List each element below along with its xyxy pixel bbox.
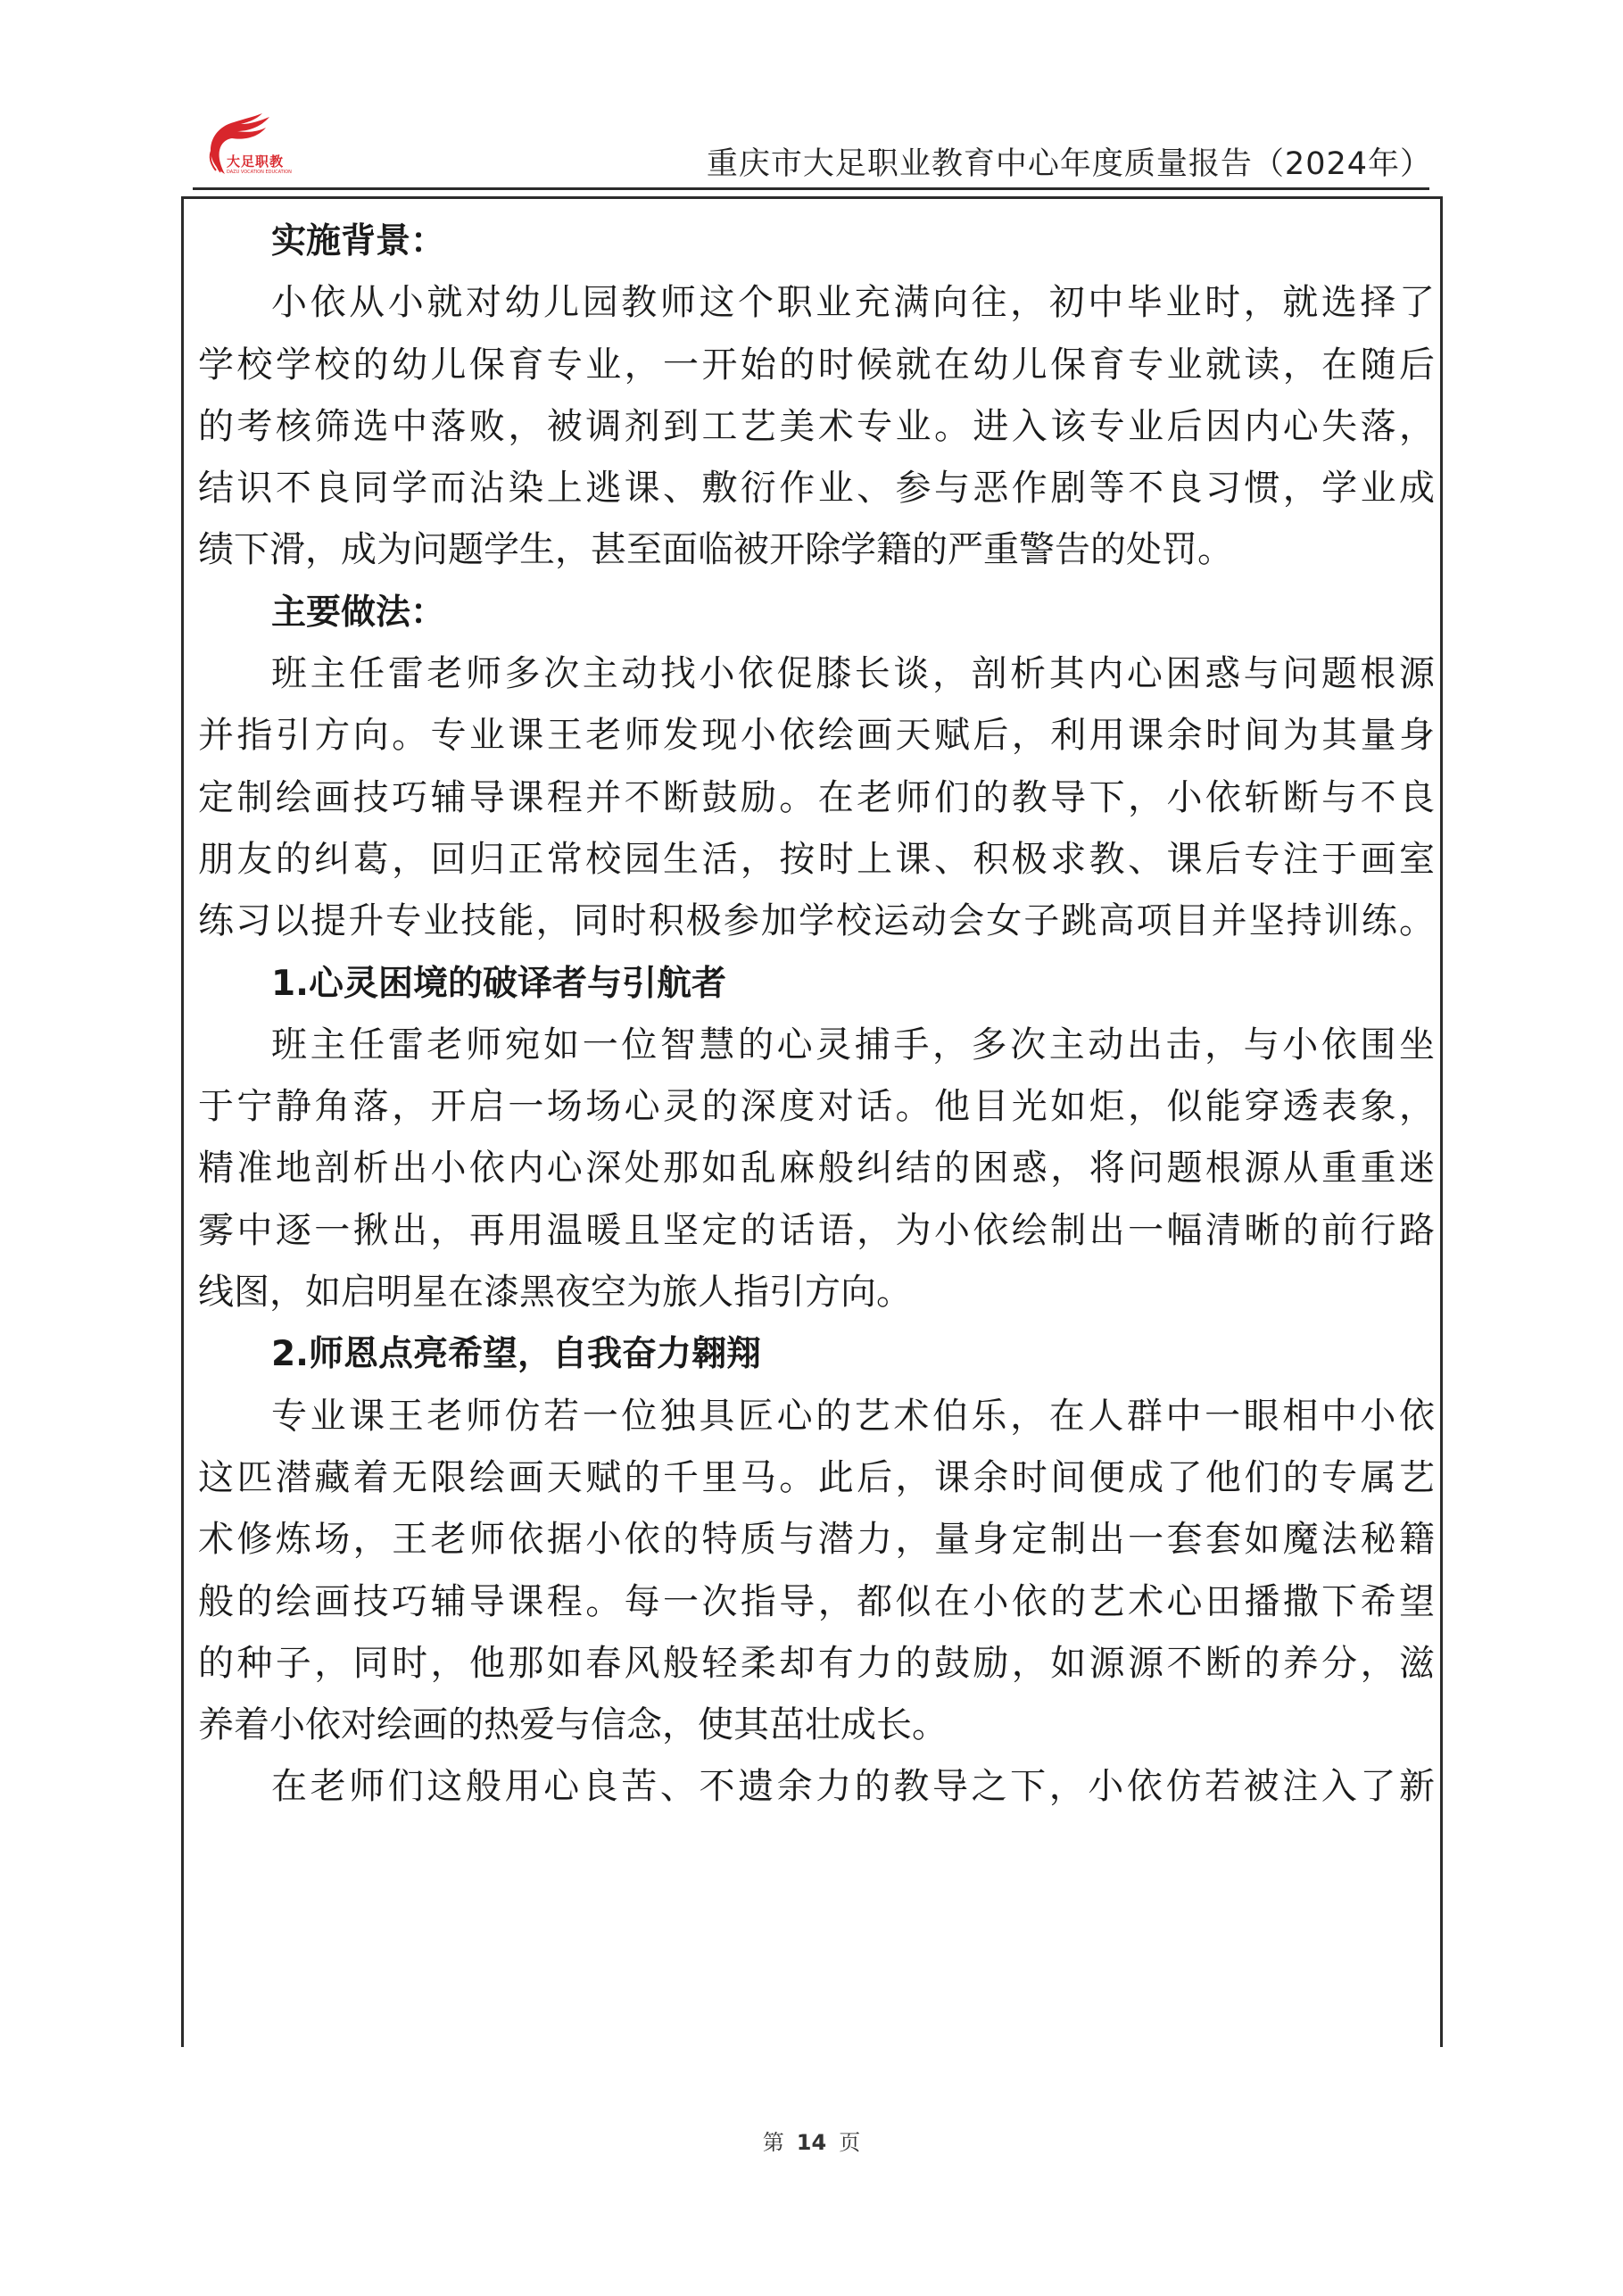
paragraph-line: 雾中逐一揪出，再用温暖且坚定的话语，为小依绘制出一幅清晰的前行路 (198, 1200, 1435, 1262)
section-heading: 1.心灵困境的破译者与引航者 (198, 953, 1435, 1015)
logo-text: 大足职教 (227, 152, 284, 170)
paragraph-line: 般的绘画技巧辅导课程。每一次指导，都似在小依的艺术心田播撒下希望 (198, 1571, 1435, 1633)
page-footer: 第14页 (0, 2125, 1623, 2156)
paragraph-line: 这匹潜藏着无限绘画天赋的千里马。此后，课余时间便成了他们的专属艺 (198, 1447, 1435, 1509)
paragraph-line: 专业课王老师仿若一位独具匠心的艺术伯乐，在人群中一眼相中小依 (198, 1386, 1435, 1447)
paragraph-line: 绩下滑，成为问题学生，甚至面临被开除学籍的严重警告的处罚。 (198, 519, 1435, 581)
paragraph-line: 结识不良同学而沾染上逃课、敷衍作业、参与恶作剧等不良习惯，学业成 (198, 458, 1435, 519)
page-number: 14 (797, 2130, 826, 2155)
page-suffix: 页 (839, 2130, 860, 2155)
header-divider (193, 187, 1429, 190)
logo-subtext: DAZU VOCATION EDUCATION (227, 170, 292, 175)
section-heading: 2.师恩点亮希望，自我奋力翱翔 (198, 1323, 1435, 1385)
paragraph-line: 班主任雷老师宛如一位智慧的心灵捕手，多次主动出击，与小依围坐 (198, 1015, 1435, 1076)
paragraph-line: 并指引方向。专业课王老师发现小依绘画天赋后，利用课余时间为其量身 (198, 705, 1435, 767)
paragraph-line: 在老师们这般用心良苦、不遗余力的教导之下，小依仿若被注入了新 (198, 1756, 1435, 1818)
paragraph-line: 练习以提升专业技能，同时积极参加学校运动会女子跳高项目并坚持训练。 (198, 891, 1435, 952)
paragraph-line: 线图，如启明星在漆黑夜空为旅人指引方向。 (198, 1262, 1435, 1323)
paragraph-line: 小依从小就对幼儿园教师这个职业充满向往，初中毕业时，就选择了 (198, 272, 1435, 334)
paragraph-line: 养着小依对绘画的热爱与信念，使其茁壮成长。 (198, 1695, 1435, 1756)
paragraph-line: 于宁静角落，开启一场场心灵的深度对话。他目光如炬，似能穿透表象， (198, 1076, 1435, 1138)
content-body: 实施背景：小依从小就对幼儿园教师这个职业充满向往，初中毕业时，就选择了学校学校的… (198, 211, 1435, 1819)
paragraph-line: 的种子，同时，他那如春风般轻柔却有力的鼓励，如源源不断的养分，滋 (198, 1633, 1435, 1695)
section-heading: 主要做法： (198, 582, 1435, 643)
paragraph-line: 班主任雷老师多次主动找小依促膝长谈，剖析其内心困惑与问题根源 (198, 643, 1435, 705)
paragraph-line: 朋友的纠葛，回归正常校园生活，按时上课、积极求教、课后专注于画室 (198, 829, 1435, 891)
paragraph-line: 精准地剖析出小依内心深处那如乱麻般纠结的困惑，将问题根源从重重迷 (198, 1138, 1435, 1199)
paragraph-line: 定制绘画技巧辅导课程并不断鼓励。在老师们的教导下，小依斩断与不良 (198, 767, 1435, 829)
paragraph-line: 的考核筛选中落败，被调剂到工艺美术专业。进入该专业后因内心失落， (198, 396, 1435, 458)
section-heading: 实施背景： (198, 211, 1435, 272)
paragraph-line: 学校学校的幼儿保育专业，一开始的时候就在幼儿保育专业就读，在随后 (198, 335, 1435, 396)
paragraph-line: 术修炼场，王老师依据小依的特质与潜力，量身定制出一套套如魔法秘籍 (198, 1509, 1435, 1571)
page-prefix: 第 (763, 2130, 784, 2155)
report-header-title: 重庆市大足职业教育中心年度质量报告（2024年） (707, 139, 1432, 184)
